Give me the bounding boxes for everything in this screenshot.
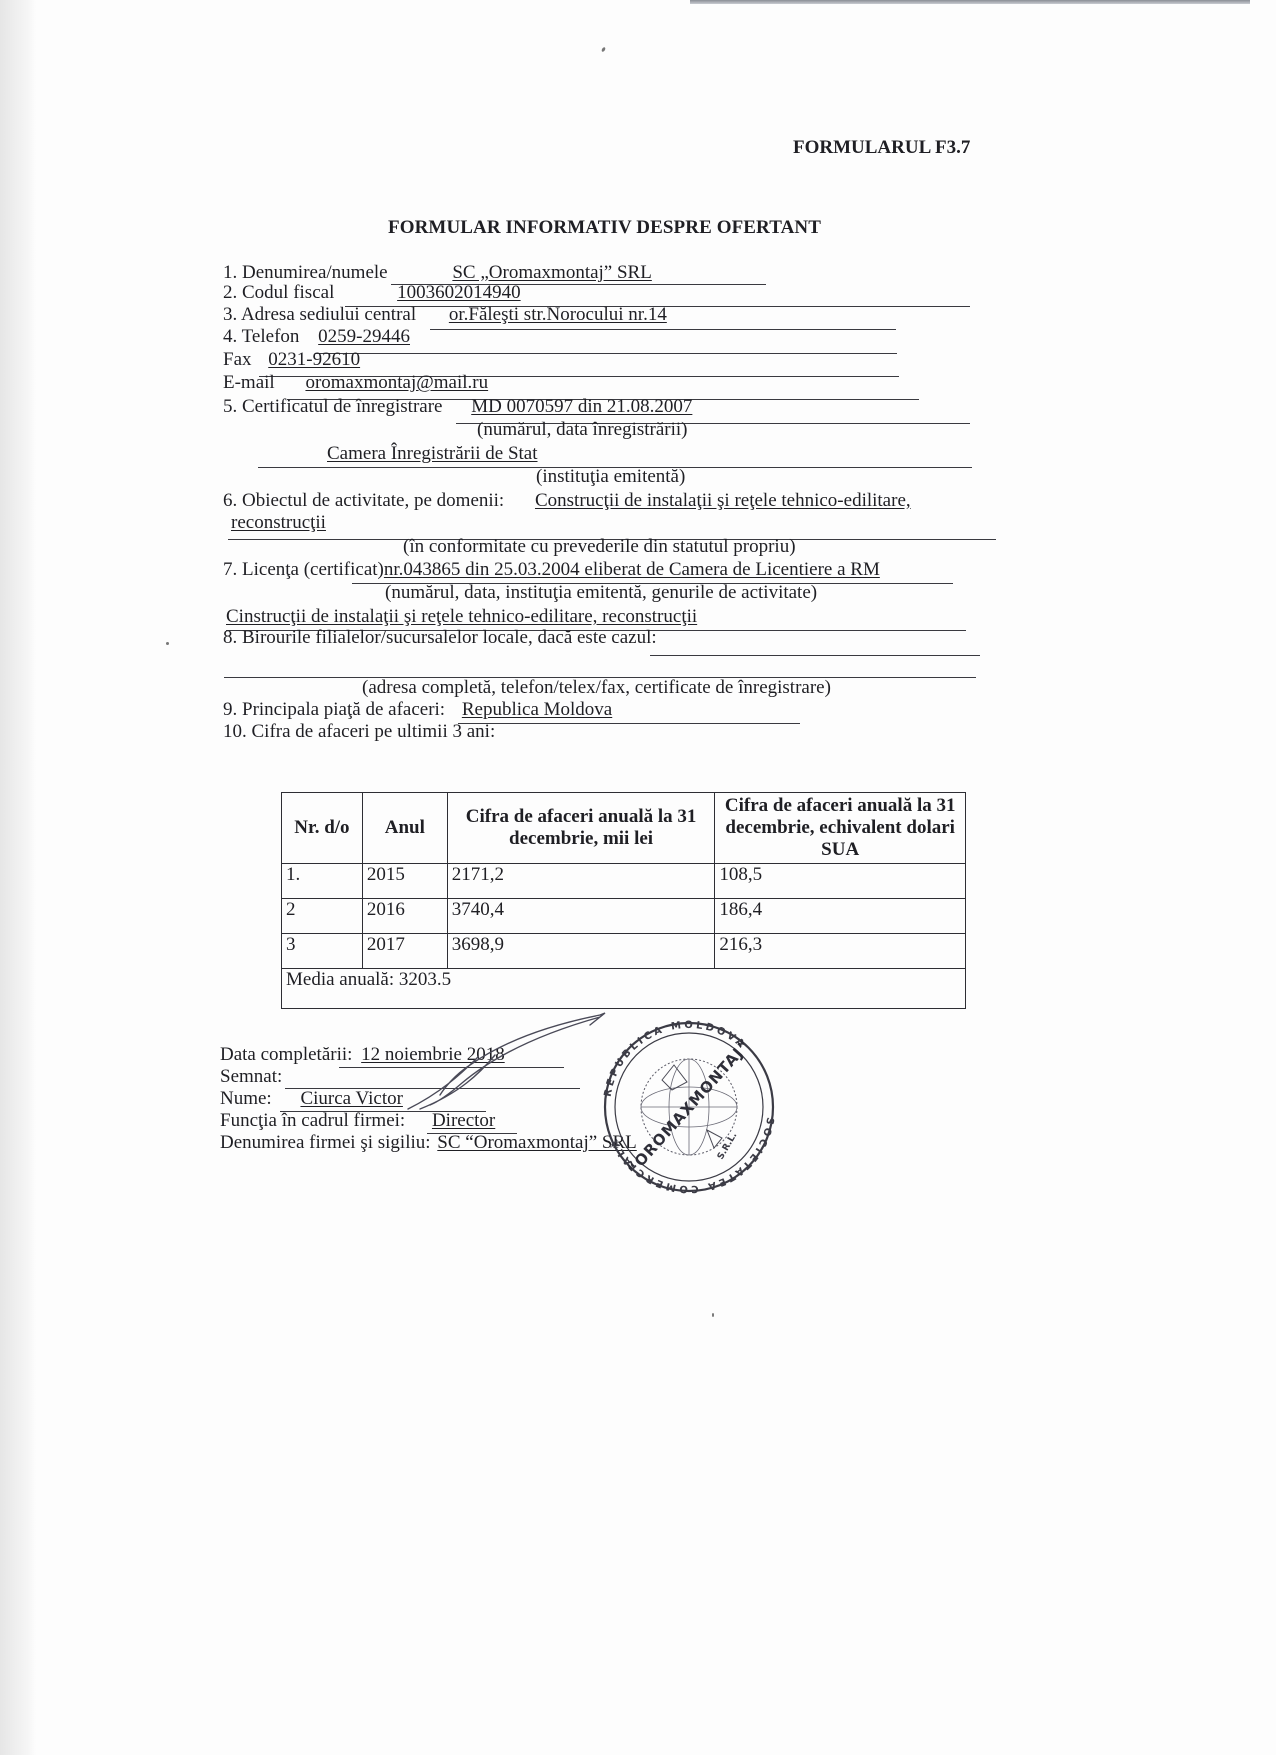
field-value: Construcţii de instalaţii şi reţele tehn… bbox=[535, 490, 911, 511]
table-average-row: Media anuală: 3203.5 bbox=[282, 969, 966, 1009]
cell-lei: 3698,9 bbox=[447, 934, 715, 969]
field-value: reconstrucţii bbox=[231, 512, 326, 533]
field-turnover-label: 10. Cifra de afaceri pe ultimii 3 ani: bbox=[223, 721, 495, 743]
underline bbox=[315, 353, 897, 354]
field-label: 3. Adresa sediului central bbox=[223, 304, 416, 325]
field-label: E-mail bbox=[223, 372, 275, 393]
cell-usd: 108,5 bbox=[715, 864, 966, 899]
field-label: Semnat: bbox=[220, 1066, 282, 1087]
field-value: Cinstrucţii de instalaţii şi reţele tehn… bbox=[226, 606, 697, 627]
field-registration-institution: Camera Înregistrării de Stat bbox=[223, 443, 538, 465]
field-label: 7. Licenţa (certificat) bbox=[223, 559, 384, 580]
table-header-row: Nr. d/o Anul Cifra de afaceri anuală la … bbox=[282, 793, 966, 864]
field-value: Ciurca Victor bbox=[300, 1088, 402, 1109]
field-fiscal-code: 2. Codul fiscal 1003602014940 bbox=[223, 282, 521, 304]
field-value: nr.043865 din 25.03.2004 eliberat de Cam… bbox=[384, 559, 880, 580]
underline bbox=[650, 655, 980, 656]
field-license-activities: Cinstrucţii de instalaţii şi reţele tehn… bbox=[226, 606, 697, 628]
company-stamp: REPUBLICA MOLDOVA SOCIETATEA COMERCIALĂ … bbox=[602, 1020, 777, 1195]
field-value: SC „Oromaxmontaj” SRL bbox=[452, 262, 651, 283]
field-registration-certificate: 5. Certificatul de înregistrare MD 00705… bbox=[223, 396, 692, 418]
field-value: or.Făleşti str.Norocului nr.14 bbox=[449, 304, 667, 325]
field-value: MD 0070597 din 21.08.2007 bbox=[471, 396, 692, 417]
field-label: Denumirea firmei şi sigiliu: bbox=[220, 1132, 431, 1153]
field-value: 0231-92610 bbox=[268, 349, 360, 370]
header-year: Anul bbox=[362, 793, 447, 864]
cell-nr: 2 bbox=[282, 899, 363, 934]
scan-speck bbox=[601, 47, 606, 53]
footer-name: Nume: Ciurca Victor bbox=[220, 1088, 403, 1110]
field-label: Nume: bbox=[220, 1088, 272, 1109]
cell-usd: 186,4 bbox=[715, 899, 966, 934]
cell-year: 2017 bbox=[362, 934, 447, 969]
field-label: Fax bbox=[223, 349, 252, 370]
table-row: 2 2016 3740,4 186,4 bbox=[282, 899, 966, 934]
field-fax: Fax 0231-92610 bbox=[223, 349, 360, 371]
cell-usd: 216,3 bbox=[715, 934, 966, 969]
field-value: 1003602014940 bbox=[397, 282, 521, 303]
cell-average: Media anuală: 3203.5 bbox=[282, 969, 966, 1009]
scan-speck bbox=[166, 642, 169, 645]
scan-speck bbox=[712, 1313, 714, 1317]
caption-branches: (adresa completă, telefon/telex/fax, cer… bbox=[362, 677, 831, 699]
field-value: Republica Moldova bbox=[462, 699, 612, 720]
underline bbox=[458, 723, 800, 724]
scan-edge-shadow bbox=[0, 0, 36, 1755]
cell-nr: 1. bbox=[282, 864, 363, 899]
field-label: 9. Principala piaţă de afaceri: bbox=[223, 699, 445, 720]
stamp-inner-text: S.R.L. bbox=[716, 1131, 739, 1162]
caption-license: (numărul, data, instituţia emitentă, gen… bbox=[385, 582, 817, 604]
field-label: Data completării: bbox=[220, 1044, 352, 1065]
field-value: 0259-29446 bbox=[318, 326, 410, 347]
field-label: 2. Codul fiscal bbox=[223, 282, 334, 303]
caption-registration: (numărul, data înregistrării) bbox=[477, 419, 688, 441]
field-label: 1. Denumirea/numele bbox=[223, 262, 388, 283]
field-license: 7. Licenţa (certificat)nr.043865 din 25.… bbox=[223, 559, 880, 581]
field-name: 1. Denumirea/numele SC „Oromaxmontaj” SR… bbox=[223, 262, 652, 284]
field-label: 8. Birourile filialelor/sucursalelor loc… bbox=[223, 627, 657, 648]
table-row: 3 2017 3698,9 216,3 bbox=[282, 934, 966, 969]
field-phone: 4. Telefon 0259-29446 bbox=[223, 326, 410, 348]
underline bbox=[430, 329, 896, 330]
header-nr: Nr. d/o bbox=[282, 793, 363, 864]
field-label: 6. Obiectul de activitate, pe domenii: bbox=[223, 490, 504, 511]
header-turnover-lei: Cifra de afaceri anuală la 31 decembrie,… bbox=[447, 793, 715, 864]
handwritten-signature bbox=[400, 1005, 620, 1115]
field-label: 4. Telefon bbox=[223, 326, 299, 347]
caption-institution: (instituţia emitentă) bbox=[536, 466, 685, 488]
document-title: FORMULAR INFORMATIV DESPRE OFERTANT bbox=[388, 217, 821, 239]
cell-lei: 3740,4 bbox=[447, 899, 715, 934]
turnover-table: Nr. d/o Anul Cifra de afaceri anuală la … bbox=[281, 792, 966, 1009]
cell-year: 2016 bbox=[362, 899, 447, 934]
field-label: 5. Certificatul de înregistrare bbox=[223, 396, 442, 417]
header-turnover-usd: Cifra de afaceri anuală la 31 decembrie,… bbox=[715, 793, 966, 864]
form-code: FORMULARUL F3.7 bbox=[793, 137, 970, 159]
cell-lei: 2171,2 bbox=[447, 864, 715, 899]
table-row: 1. 2015 2171,2 108,5 bbox=[282, 864, 966, 899]
field-branches: 8. Birourile filialelor/sucursalelor loc… bbox=[223, 627, 657, 649]
footer-company-seal: Denumirea firmei şi sigiliu: SC “Oromaxm… bbox=[220, 1132, 637, 1154]
field-activity-line2: reconstrucţii bbox=[231, 512, 326, 534]
field-value: Camera Înregistrării de Stat bbox=[327, 443, 538, 464]
cell-year: 2015 bbox=[362, 864, 447, 899]
field-value: oromaxmontaj@mail.ru bbox=[305, 372, 488, 393]
field-label: Funcţia în cadrul firmei: bbox=[220, 1110, 405, 1131]
field-activity: 6. Obiectul de activitate, pe domenii: C… bbox=[223, 490, 911, 512]
footer-signed: Semnat: bbox=[220, 1066, 282, 1088]
field-main-market: 9. Principala piaţă de afaceri: Republic… bbox=[223, 699, 612, 721]
field-email: E-mail oromaxmontaj@mail.ru bbox=[223, 372, 488, 394]
scan-top-edge bbox=[690, 0, 1250, 4]
caption-activity: (în conformitate cu prevederile din stat… bbox=[403, 536, 796, 558]
field-address: 3. Adresa sediului central or.Făleşti st… bbox=[223, 304, 667, 326]
cell-nr: 3 bbox=[282, 934, 363, 969]
